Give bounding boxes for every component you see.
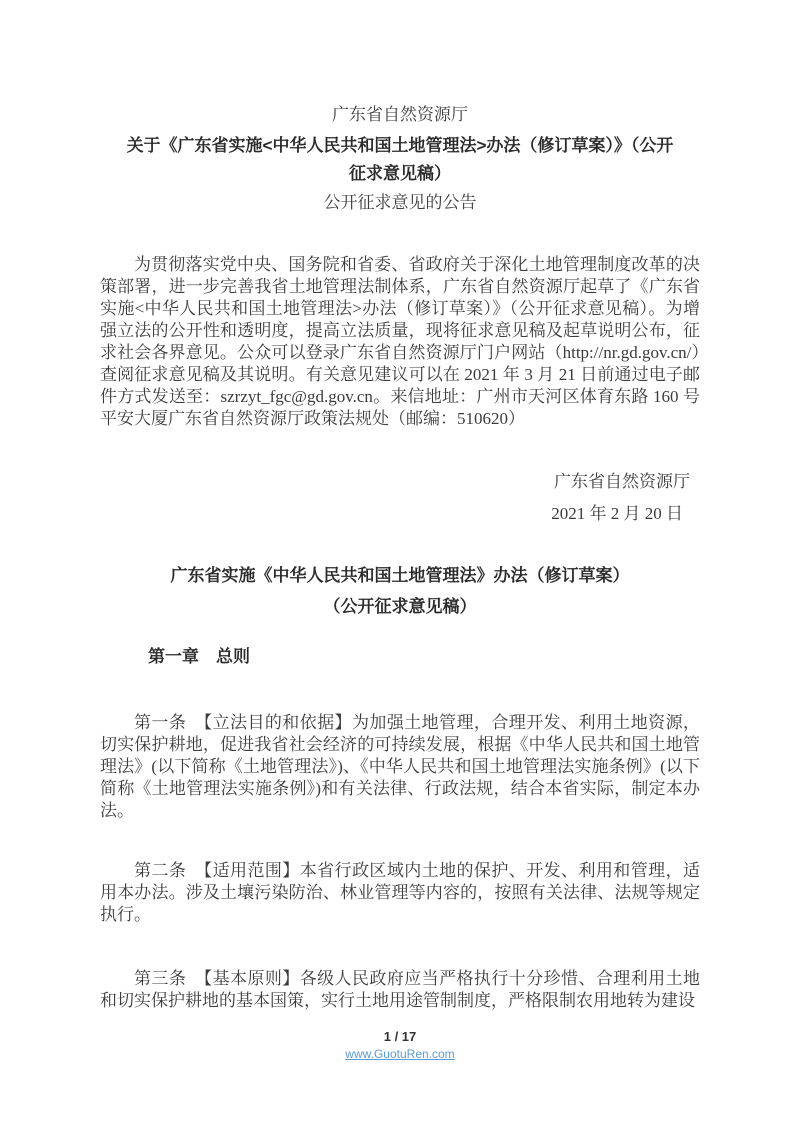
page-number-indicator: 1 / 17 (0, 1028, 800, 1045)
footer-website-link[interactable]: www.GuotuRen.com (345, 1047, 454, 1062)
signature-block: 广东省自然资源厅 2021 年 2 月 20 日 (100, 466, 700, 530)
announcement-title: 关于《广东省实施<中华人民共和国土地管理法>办法（修订草案）》（公开 征求意见稿… (100, 132, 700, 188)
announcement-title-line-2: 征求意见稿） (100, 160, 700, 188)
announcement-subtitle: 公开征求意见的公告 (100, 192, 700, 214)
signature-org: 广东省自然资源厅 (100, 466, 700, 498)
announcement-body-paragraph: 为贯彻落实党中央、国务院和省委、省政府关于深化土地管理制度改革的决策部署，进一步… (100, 254, 700, 430)
article-paragraph-1: 第一条 【立法目的和依据】为加强土地管理，合理开发、利用土地资源，切实保护耕地，… (100, 712, 700, 822)
document-page: 广东省自然资源厅 关于《广东省实施<中华人民共和国土地管理法>办法（修订草案）》… (0, 0, 800, 1132)
document-title-line-1: 广东省实施《中华人民共和国土地管理法》办法（修订草案） (100, 560, 700, 591)
document-title-line-2: （公开征求意见稿） (100, 591, 700, 622)
signature-date: 2021 年 2 月 20 日 (100, 498, 700, 530)
article-paragraph-3: 第三条 【基本原则】各级人民政府应当严格执行十分珍惜、合理利用土地和切实保护耕地… (100, 968, 700, 1012)
document-content: 广东省自然资源厅 关于《广东省实施<中华人民共和国土地管理法>办法（修订草案）》… (0, 0, 800, 1012)
document-title: 广东省实施《中华人民共和国土地管理法》办法（修订草案） （公开征求意见稿） (100, 560, 700, 622)
announcement-title-line-1: 关于《广东省实施<中华人民共和国土地管理法>办法（修订草案）》（公开 (100, 132, 700, 160)
chapter-heading: 第一章 总则 (100, 646, 700, 668)
org-header: 广东省自然资源厅 (100, 104, 700, 126)
page-footer: 1 / 17 www.GuotuRen.com (0, 1028, 800, 1063)
article-paragraph-2: 第二条 【适用范围】本省行政区域内土地的保护、开发、利用和管理，适用本办法。涉及… (100, 860, 700, 926)
